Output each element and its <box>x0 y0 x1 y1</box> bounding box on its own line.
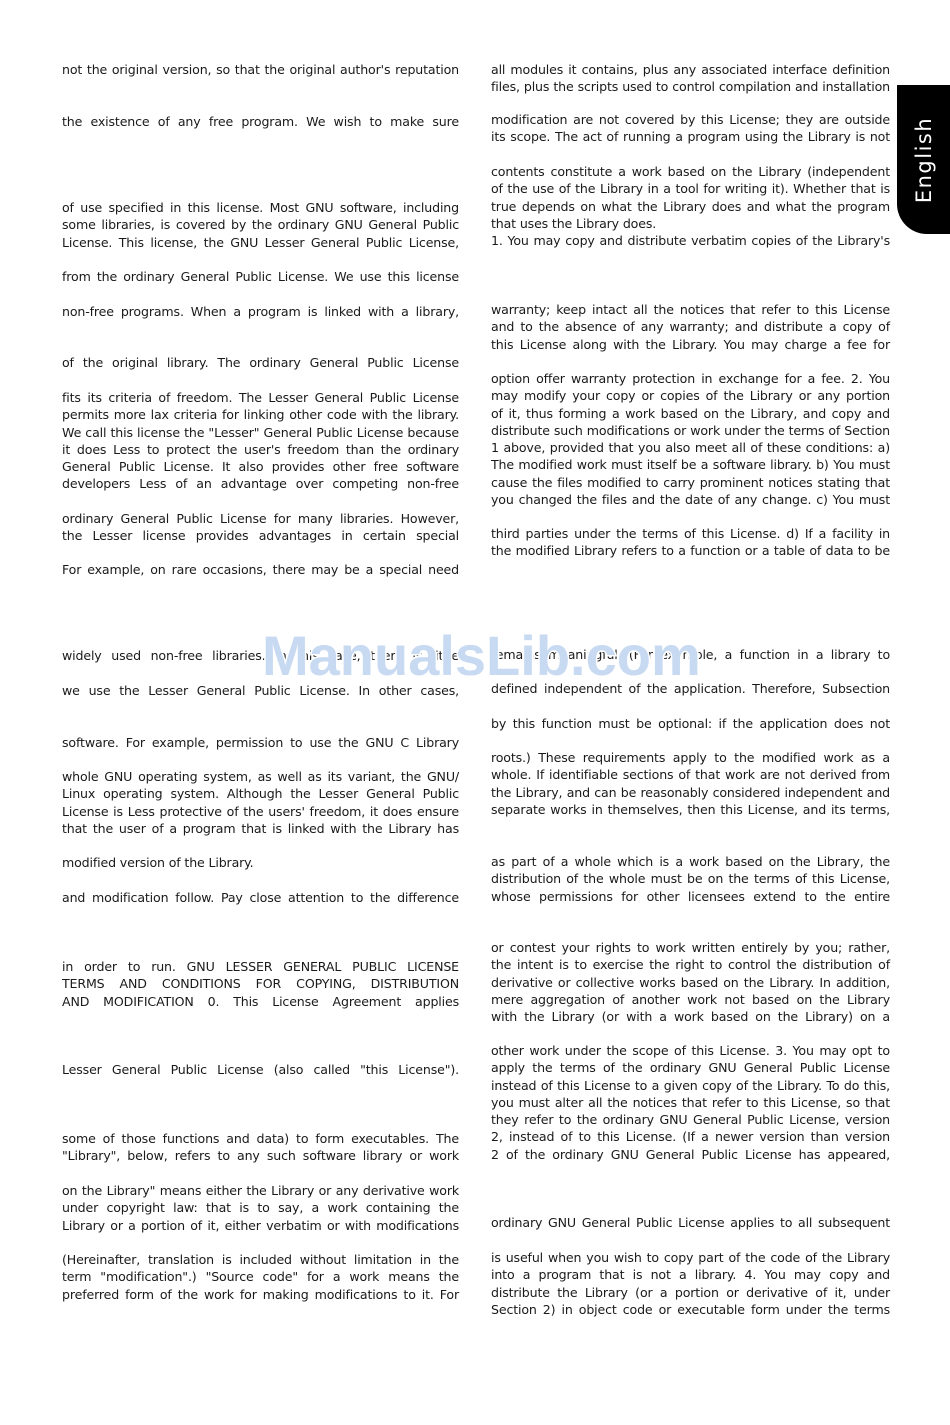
text-line: by this function must be optional: if th… <box>491 715 890 732</box>
text-line: true depends on what the Library does an… <box>491 198 890 215</box>
paragraph: or contest your rights to work written e… <box>491 939 890 1025</box>
text-line: Section 2) in object code or executable … <box>491 1301 890 1318</box>
paragraph: third parties under the terms of this Li… <box>491 525 890 560</box>
text-line: in order to run. GNU LESSER GENERAL PUBL… <box>62 958 459 975</box>
text-line: the Library, and can be reasonably consi… <box>491 784 890 801</box>
text-line: Lesser General Public License (also call… <box>62 1061 459 1078</box>
text-line: on the Library" means either the Library… <box>62 1182 459 1199</box>
text-line: third parties under the terms of this Li… <box>491 525 890 542</box>
text-line: the existence of any free program. We wi… <box>62 113 459 130</box>
text-line: option offer warranty protection in exch… <box>491 370 890 387</box>
text-line: other work under the scope of this Licen… <box>491 1042 890 1059</box>
text-line: General Public License. It also provides… <box>62 458 459 475</box>
text-line: Library or a portion of it, either verba… <box>62 1217 459 1234</box>
paragraph: is useful when you wish to copy part of … <box>491 1249 890 1318</box>
text-line: term "modification".) "Source code" for … <box>62 1268 459 1285</box>
paragraph: the existence of any free program. We wi… <box>62 113 459 130</box>
paragraph: software. For example, permission to use… <box>62 734 459 751</box>
text-line: License is Less protective of the users'… <box>62 803 459 820</box>
text-line: some of those functions and data) to for… <box>62 1130 459 1147</box>
text-line: whose permissions for other licensees ex… <box>491 888 890 905</box>
text-line: and to the absence of any warranty; and … <box>491 318 890 335</box>
text-line: that uses the Library does. <box>491 215 890 232</box>
paragraph: of the original library. The ordinary Ge… <box>62 354 459 371</box>
watermark: ManualsLib.com <box>262 626 702 686</box>
text-line: of it, thus forming a work based on the … <box>491 405 890 422</box>
text-line: developers Less of an advantage over com… <box>62 475 459 492</box>
text-line: Linux operating system. Although the Les… <box>62 785 459 802</box>
text-line: modification are not covered by this Lic… <box>491 111 890 128</box>
text-line: TERMS AND CONDITIONS FOR COPYING, DISTRI… <box>62 975 459 992</box>
paragraph: by this function must be optional: if th… <box>491 715 890 732</box>
text-line: contents constitute a work based on the … <box>491 163 890 180</box>
paragraph: from the ordinary General Public License… <box>62 268 459 285</box>
text-line: (Hereinafter, translation is included wi… <box>62 1251 459 1268</box>
text-line: AND MODIFICATION 0. This License Agreeme… <box>62 993 459 1010</box>
paragraph: ordinary General Public License for many… <box>62 510 459 545</box>
paragraph: option offer warranty protection in exch… <box>491 370 890 508</box>
text-line: you must alter all the notices that refe… <box>491 1094 890 1111</box>
text-line: it does Less to protect the user's freed… <box>62 441 459 458</box>
text-line: 1 above, provided that you also meet all… <box>491 439 890 456</box>
text-line: with the Library (or with a work based o… <box>491 1008 890 1025</box>
paragraph: contents constitute a work based on the … <box>491 163 890 249</box>
text-line: ordinary General Public License for many… <box>62 510 459 527</box>
paragraph: not the original version, so that the or… <box>62 61 459 78</box>
paragraph: other work under the scope of this Licen… <box>491 1042 890 1163</box>
text-line: the modified Library refers to a functio… <box>491 542 890 559</box>
paragraph: whole GNU operating system, as well as i… <box>62 768 459 837</box>
text-line: this License along with the Library. You… <box>491 336 890 353</box>
text-line: warranty; keep intact all the notices th… <box>491 301 890 318</box>
text-line: derivative or collective works based on … <box>491 974 890 991</box>
paragraph: some of those functions and data) to for… <box>62 1130 459 1165</box>
text-line: software. For example, permission to use… <box>62 734 459 751</box>
paragraph: For example, on rare occasions, there ma… <box>62 561 459 578</box>
text-line: all modules it contains, plus any associ… <box>491 61 890 78</box>
text-line: of the original library. The ordinary Ge… <box>62 354 459 371</box>
text-line: 2, instead of to this License. (If a new… <box>491 1128 890 1145</box>
text-line: roots.) These requirements apply to the … <box>491 749 890 766</box>
text-line: permits more lax criteria for linking ot… <box>62 406 459 423</box>
text-line: "Library", below, refers to any such sof… <box>62 1147 459 1164</box>
paragraph: ordinary GNU General Public License appl… <box>491 1214 890 1231</box>
text-line: modified version of the Library. <box>62 854 459 871</box>
text-line: under copyright law: that is to say, a w… <box>62 1199 459 1216</box>
text-line: ordinary GNU General Public License appl… <box>491 1214 890 1231</box>
paragraph: Lesser General Public License (also call… <box>62 1061 459 1078</box>
text-line: its scope. The act of running a program … <box>491 128 890 145</box>
text-line: not the original version, so that the or… <box>62 61 459 78</box>
text-line: We call this license the "Lesser" Genera… <box>62 424 459 441</box>
paragraph: fits its criteria of freedom. The Lesser… <box>62 389 459 493</box>
text-line: whole GNU operating system, as well as i… <box>62 768 459 785</box>
text-line: the intent is to exercise the right to c… <box>491 956 890 973</box>
text-line: that the user of a program that is linke… <box>62 820 459 837</box>
paragraph: of use specified in this license. Most G… <box>62 199 459 251</box>
right-column: all modules it contains, plus any associ… <box>491 0 890 1425</box>
text-line: from the ordinary General Public License… <box>62 268 459 285</box>
paragraph: and modification follow. Pay close atten… <box>62 889 459 906</box>
text-line: whole. If identifiable sections of that … <box>491 766 890 783</box>
text-line: non-free programs. When a program is lin… <box>62 303 459 320</box>
text-line: and modification follow. Pay close atten… <box>62 889 459 906</box>
text-line: mere aggregation of another work not bas… <box>491 991 890 1008</box>
text-line: into a program that is not a library. 4.… <box>491 1266 890 1283</box>
paragraph: (Hereinafter, translation is included wi… <box>62 1251 459 1303</box>
text-line: or contest your rights to work written e… <box>491 939 890 956</box>
text-line: fits its criteria of freedom. The Lesser… <box>62 389 459 406</box>
text-line: apply the terms of the ordinary GNU Gene… <box>491 1059 890 1076</box>
text-line: separate works in themselves, then this … <box>491 801 890 818</box>
text-line: distribution of the whole must be on the… <box>491 870 890 887</box>
text-line: The modified work must itself be a softw… <box>491 456 890 473</box>
language-tab: English <box>897 85 950 234</box>
paragraph: on the Library" means either the Library… <box>62 1182 459 1234</box>
text-line: License. This license, the GNU Lesser Ge… <box>62 234 459 251</box>
paragraph: as part of a whole which is a work based… <box>491 853 890 905</box>
text-line: they refer to the ordinary GNU General P… <box>491 1111 890 1128</box>
language-tab-label: English <box>912 116 936 202</box>
paragraph: in order to run. GNU LESSER GENERAL PUBL… <box>62 958 459 1010</box>
text-line: may modify your copy or copies of the Li… <box>491 387 890 404</box>
text-line: instead of this License to a given copy … <box>491 1077 890 1094</box>
left-column: not the original version, so that the or… <box>62 0 459 1425</box>
text-line: the Lesser license provides advantages i… <box>62 527 459 544</box>
text-line: distribute the Library (or a portion or … <box>491 1284 890 1301</box>
document-page: not the original version, so that the or… <box>0 0 950 1425</box>
paragraph: modification are not covered by this Lic… <box>491 111 890 146</box>
paragraph: warranty; keep intact all the notices th… <box>491 301 890 353</box>
text-line: cause the files modified to carry promin… <box>491 474 890 491</box>
text-line: 1. You may copy and distribute verbatim … <box>491 232 890 249</box>
text-line: For example, on rare occasions, there ma… <box>62 561 459 578</box>
paragraph: non-free programs. When a program is lin… <box>62 303 459 320</box>
text-line: preferred form of the work for making mo… <box>62 1286 459 1303</box>
text-line: you changed the files and the date of an… <box>491 491 890 508</box>
paragraph: all modules it contains, plus any associ… <box>491 61 890 96</box>
text-line: of the use of the Library in a tool for … <box>491 180 890 197</box>
text-line: as part of a whole which is a work based… <box>491 853 890 870</box>
text-line: distribute such modifications or work un… <box>491 422 890 439</box>
text-line: 2 of the ordinary GNU General Public Lic… <box>491 1146 890 1163</box>
text-line: some libraries, is covered by the ordina… <box>62 216 459 233</box>
text-line: of use specified in this license. Most G… <box>62 199 459 216</box>
text-line: is useful when you wish to copy part of … <box>491 1249 890 1266</box>
text-line: files, plus the scripts used to control … <box>491 78 890 95</box>
paragraph: modified version of the Library. <box>62 854 459 871</box>
paragraph: roots.) These requirements apply to the … <box>491 749 890 818</box>
